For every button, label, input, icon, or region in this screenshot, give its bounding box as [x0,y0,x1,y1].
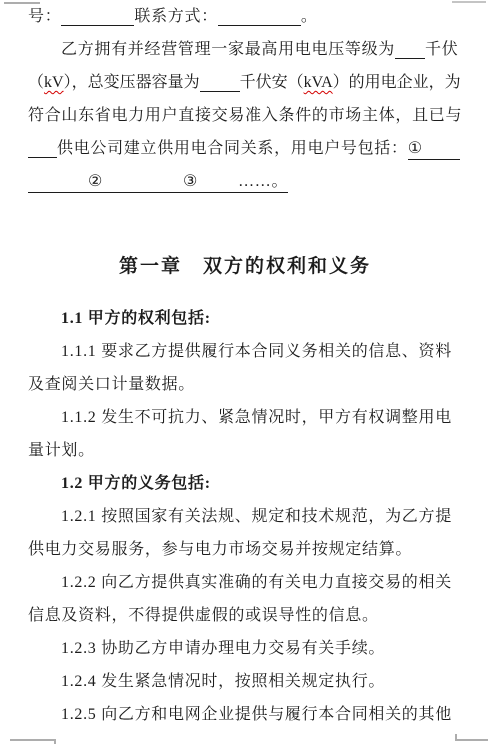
label-number: 号： [28,8,61,25]
section-1-1-heading: 1.1 甲方的权利包括: [28,302,462,335]
blank-field-voltage [395,37,425,59]
party-b-description-line-5: ②③……。 [28,165,462,198]
clause-1-2-5-line: 1.2.5 向乙方和电网企业提供与履行本合同相关的其他 [28,698,462,731]
corner-mark-top-left [4,2,40,4]
blank-field-contact [218,4,301,26]
corner-mark-bottom-right-tick [455,734,457,741]
circled-number-2: ② [88,173,103,190]
underline-filler [423,152,460,153]
circled-number-3: ③ [183,173,198,190]
unit-kva-cn: 千伏安（ [240,74,304,91]
blank-field-number [61,4,134,26]
underline-filler [103,185,183,186]
contact-info-line: 号：联系方式：。 [28,0,462,33]
document-page: 号：联系方式：。 乙方拥有并经营管理一家最高用电电压等级为千伏 （kV），总变压… [0,0,491,746]
clause-1-1-1-line-1: 1.1.1 要求乙方提供履行本合同义务相关的信息、资料 [28,335,462,368]
clause-1-1-1-line-2: 及查阅关口计量数据。 [28,368,462,401]
page-content: 号：联系方式：。 乙方拥有并经营管理一家最高用电电压等级为千伏 （kV），总变压… [0,0,491,731]
unit-kv-cn: 千伏 [425,41,458,58]
supply-contract-text: 供电公司建立供用电合同关系，用电户号包括： [57,140,408,157]
corner-mark-bottom-right [455,739,488,741]
voltage-level-text: 乙方拥有并经营管理一家最高用电电压等级为 [61,41,395,58]
clause-1-1-2-line-1: 1.1.2 发生不可抗力、紧急情况时，甲方有权调整用电 [28,401,462,434]
party-b-description-line-1: 乙方拥有并经营管理一家最高用电电压等级为千伏 [28,33,462,66]
period: 。 [301,8,318,25]
underline-filler [28,185,88,186]
clause-1-1-2-line-2: 量计划。 [28,434,462,467]
chapter-1-heading: 第一章 双方的权利和义务 [28,250,462,283]
section-1-2-heading: 1.2 甲方的义务包括: [28,467,462,500]
blank-field-capacity [200,70,240,92]
user-number-entries-2-3: ②③……。 [28,172,288,193]
clause-1-2-3-line: 1.2.3 协助乙方申请办理电力交易有关手续。 [28,632,462,665]
corner-mark-bottom-left-tick [54,739,56,744]
label-contact: 联系方式： [134,8,218,25]
corner-mark-top-right [452,1,486,3]
enterprise-text: ）的用电企业，为 [333,74,461,91]
ellipsis-text: ……。 [238,173,288,190]
blank-field-power-company [28,136,57,158]
open-paren: （ [28,74,44,91]
kva-abbrev-spellcheck: kVA [304,74,333,91]
party-b-description-line-2: （kV），总变压器容量为千伏安（kVA）的用电企业，为 [28,66,462,99]
market-entity-text: 符合山东省电力用户直接交易准入条件的市场主体，且已与 [28,107,462,124]
party-b-description-line-3: 符合山东省电力用户直接交易准入条件的市场主体，且已与 [28,99,462,132]
party-b-description-line-4: 供电公司建立供用电合同关系，用电户号包括：① [28,132,462,165]
corner-mark-bottom-left [10,739,56,741]
clause-1-2-4-line: 1.2.4 发生紧急情况时，按照相关规定执行。 [28,665,462,698]
circled-number-1: ① [408,140,423,157]
transformer-capacity-text: ），总变压器容量为 [64,74,200,91]
kv-abbrev-spellcheck: kV [44,74,64,91]
clause-1-2-1-line-2: 供电力交易服务，参与电力市场交易并按规定结算。 [28,533,462,566]
clause-1-2-1-line-1: 1.2.1 按照国家有关法规、规定和技术规范，为乙方提 [28,500,462,533]
clause-1-2-2-line-2: 信息及资料，不得提供虚假的或误导性的信息。 [28,599,462,632]
underline-filler [198,185,238,186]
user-number-entry-1: ① [408,139,460,160]
clause-1-2-2-line-1: 1.2.2 向乙方提供真实准确的有关电力直接交易的相关 [28,566,462,599]
